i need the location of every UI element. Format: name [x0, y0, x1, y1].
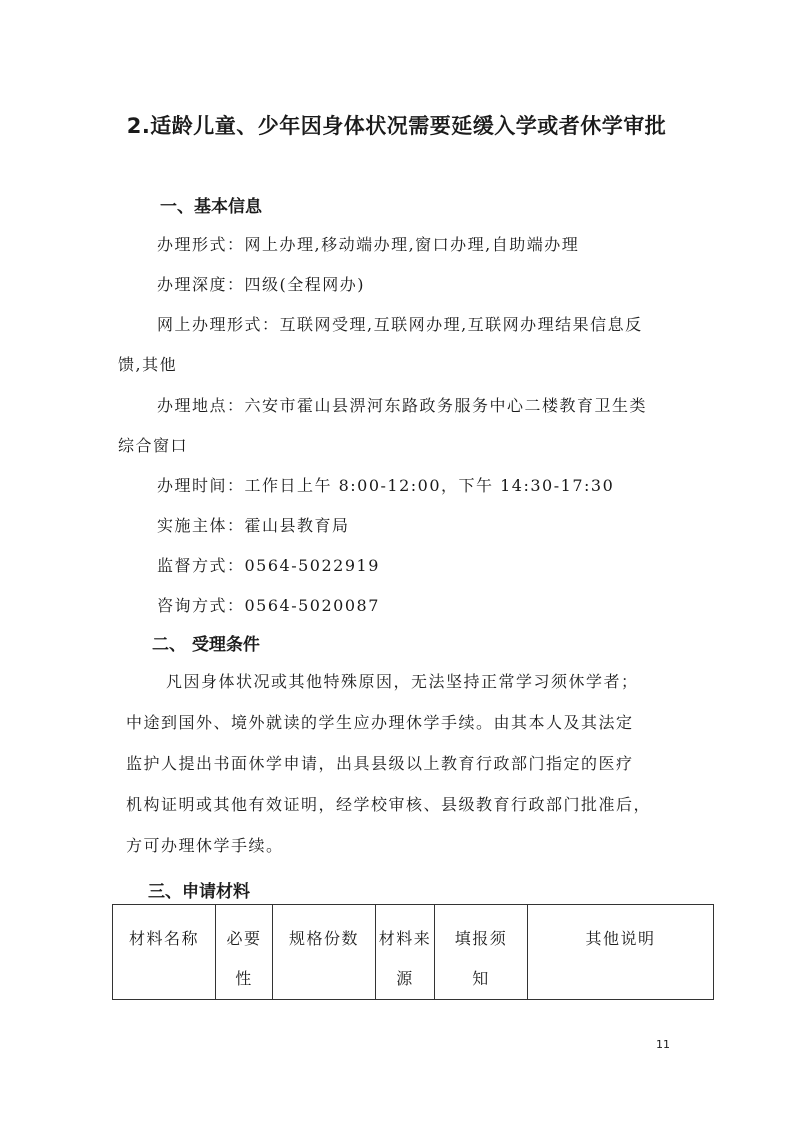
materials-table: 材料名称 必要性 规格份数 材料来源 填报须知 其他说明	[112, 904, 714, 1000]
condition-line: 机构证明或其他有效证明，经学校审核、县级教育行政部门批准后，	[126, 792, 651, 815]
document-title: 2.适龄儿童、少年因身体状况需要延缓入学或者休学审批	[0, 110, 793, 140]
info-line: 综合窗口	[118, 433, 188, 456]
info-line: 咨询方式：0564-5020087	[157, 593, 380, 616]
info-line: 监督方式：0564-5022919	[157, 553, 380, 576]
condition-line: 监护人提出书面休学申请，出具县级以上教育行政部门指定的医疗	[126, 751, 634, 774]
info-line: 办理地点：六安市霍山县淠河东路政务服务中心二楼教育卫生类	[157, 393, 647, 416]
col-header-material-name: 材料名称	[113, 905, 216, 1000]
info-line: 办理形式：网上办理,移动端办理,窗口办理,自助端办理	[157, 232, 579, 255]
page-number: 11	[656, 1038, 670, 1051]
info-line: 网上办理形式：互联网受理,互联网办理,互联网办理结果信息反	[157, 312, 643, 335]
info-line: 办理时间：工作日上午 8:00-12:00，下午 14:30-17:30	[157, 473, 614, 496]
section-heading-materials: 三、申请材料	[148, 877, 250, 902]
col-header-source: 材料来源	[376, 905, 435, 1000]
info-line: 办理深度：四级(全程网办)	[157, 272, 365, 295]
col-header-other-notes: 其他说明	[528, 905, 714, 1000]
col-header-fill-notes: 填报须知	[435, 905, 528, 1000]
condition-line: 凡因身体状况或其他特殊原因，无法坚持正常学习须休学者；	[166, 669, 639, 692]
section-heading-basic-info: 一、基本信息	[160, 192, 262, 217]
col-header-spec-count: 规格份数	[273, 905, 376, 1000]
info-line: 实施主体：霍山县教育局	[157, 513, 350, 536]
table-header-row: 材料名称 必要性 规格份数 材料来源 填报须知 其他说明	[113, 905, 714, 1000]
condition-line: 中途到国外、境外就读的学生应办理休学手续。由其本人及其法定	[126, 710, 634, 733]
condition-line: 方可办理休学手续。	[126, 833, 284, 856]
section-heading-conditions: 二、 受理条件	[152, 630, 260, 655]
info-line: 馈,其他	[118, 352, 177, 375]
col-header-necessity: 必要性	[216, 905, 273, 1000]
